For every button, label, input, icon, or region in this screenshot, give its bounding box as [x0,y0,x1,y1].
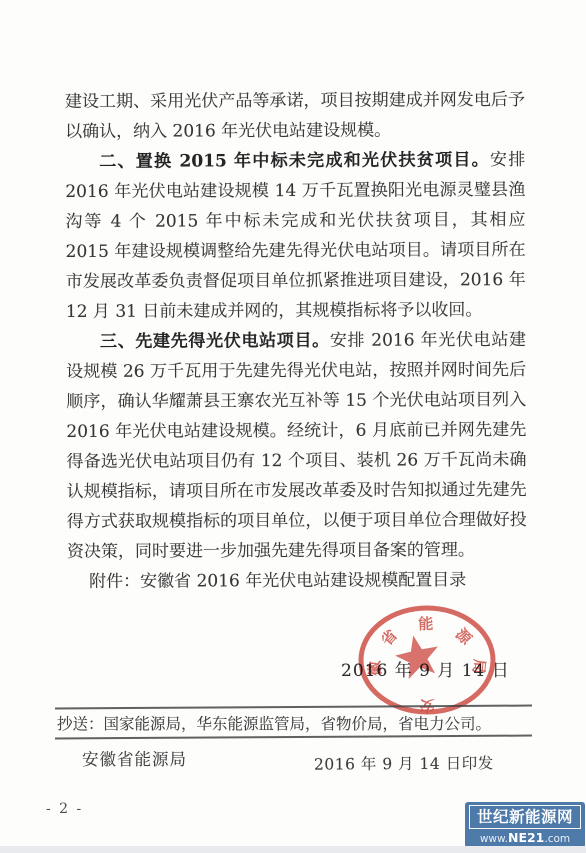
page-number: - 2 - [46,801,83,817]
seal-char: 局 [469,658,488,675]
watermark-badge: 世纪新能源网 www.NE21.com [465,802,585,848]
watermark-url-suffix: .com [544,833,570,845]
print-date: 2016 年 9 月 14 日印发 [314,751,494,774]
watermark-url-prefix: www. [480,833,508,845]
section-2-text: 安排 2016 年光伏电站建设规模 14 万千瓦置换阳光电源灵璧县渔沟等 4 个… [65,150,525,322]
paragraph-section-2: 二、置换 2015 年中标未完成和光伏扶贫项目。安排 2016 年光伏电站建设规… [65,145,526,327]
seal-char: 省 [378,626,401,649]
seal-char: 源 [452,625,476,649]
issuer-name: 安徽省能源局 [82,746,187,770]
watermark-site-name: 世纪新能源网 [469,805,581,829]
document-body: 建设工期、采用光伏产品等承诺，项目按期建成并网发电后予以确认，纳入 2016 年… [65,85,527,597]
seal-char: 能 [418,615,434,634]
watermark-url-domain: NE21 [508,830,544,845]
section-3-heading: 三、先建先得光伏电站项目。 [100,331,330,352]
section-3-text: 安排 2016 年光伏电站建设规模 26 万千瓦用于先建先得光伏电站，按照并网时… [66,330,527,562]
scan-edge-strip [0,846,586,853]
paragraph-section-3: 三、先建先得光伏电站项目。安排 2016 年光伏电站建设规模 26 万千瓦用于先… [66,325,527,567]
official-seal: 安 徽 省 能 源 局 [352,600,502,720]
issuer-row: 安徽省能源局 2016 年 9 月 14 日印发 [82,746,494,770]
section-2-heading: 二、置换 2015 年中标未完成和光伏扶贫项目。 [99,150,490,172]
seal-char: 徽 [365,660,384,677]
cc-line: 抄送：国家能源局，华东能源监管局，省物价局，省电力公司。 [57,711,527,737]
scanned-document-page: 建设工期、采用光伏产品等承诺，项目按期建成并网发电后予以确认，纳入 2016 年… [0,0,586,853]
attachment-line: 附件：安徽省 2016 年光伏电站建设规模配置目录 [67,565,527,597]
paragraph-continuation: 建设工期、采用光伏产品等承诺，项目按期建成并网发电后予以确认，纳入 2016 年… [65,85,525,147]
